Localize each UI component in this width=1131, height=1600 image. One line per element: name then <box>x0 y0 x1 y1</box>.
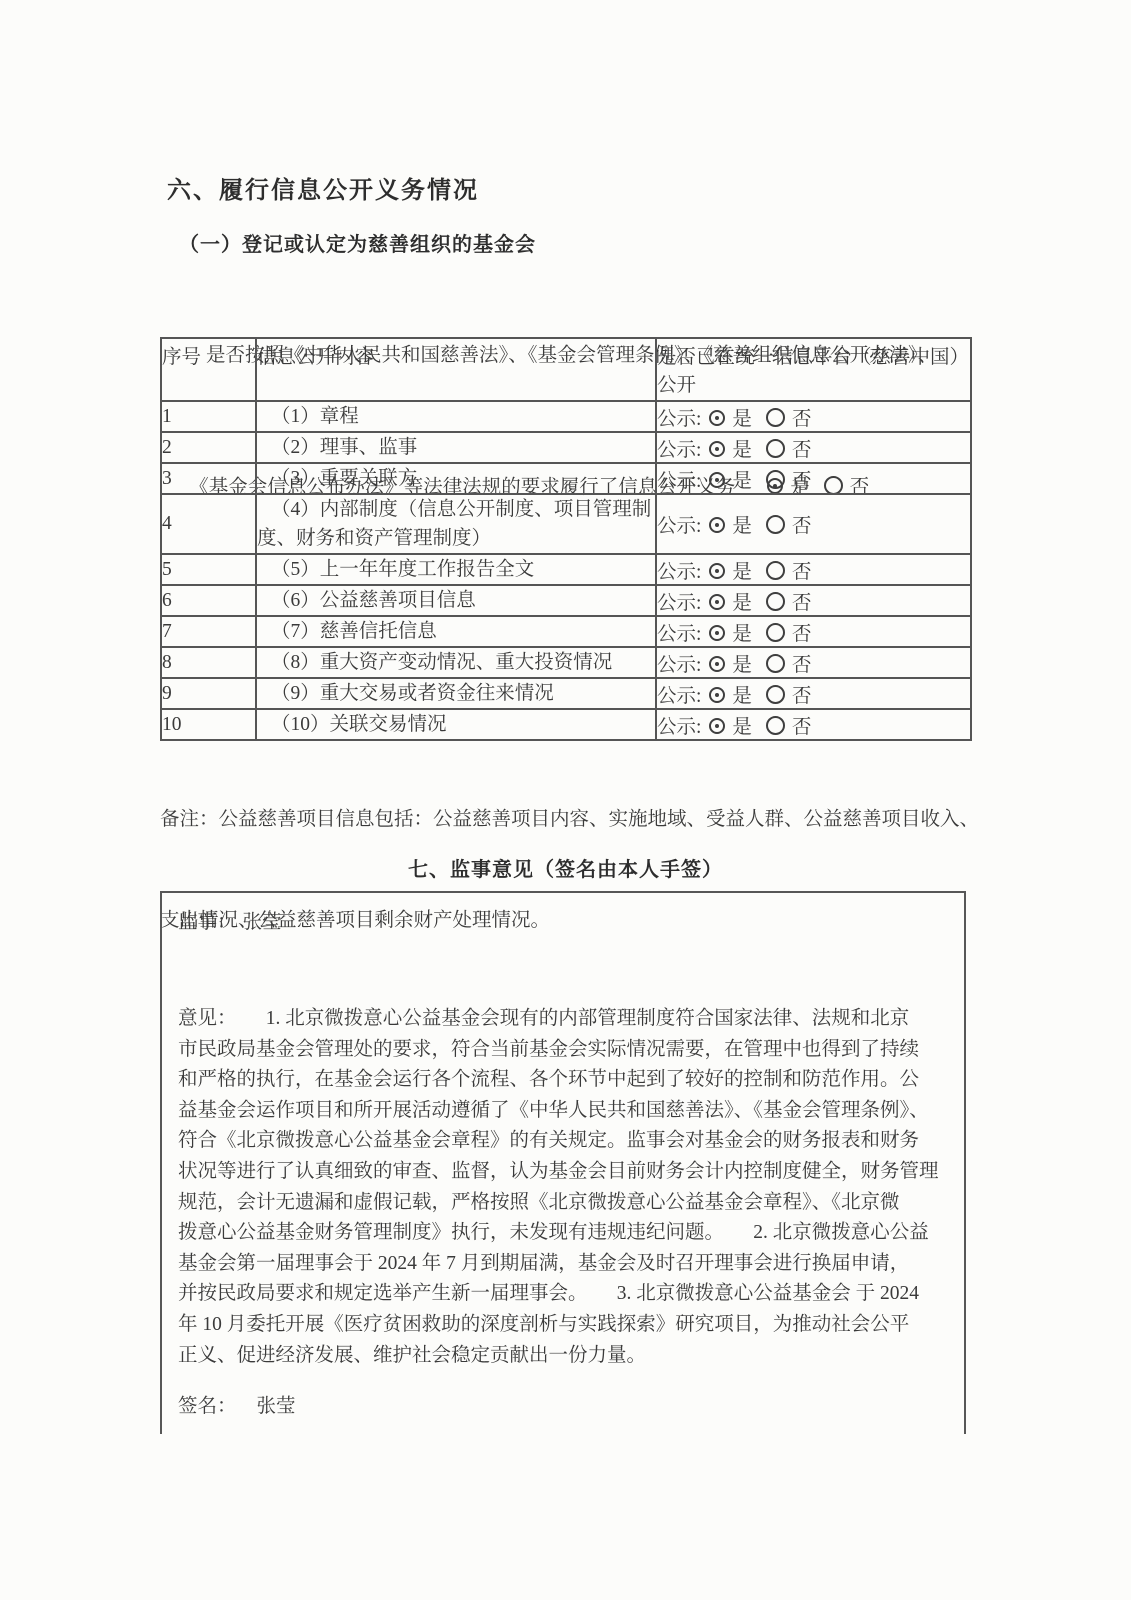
answer-yes-label: 是 <box>732 717 752 738</box>
radio-selected-icon <box>709 718 725 734</box>
radio-selected-icon <box>709 410 725 426</box>
disclosure-table: 序号 信息公开内容 是否已在统一信息平台（慈善中国）公开 1（1）章程公示:是否… <box>160 337 972 741</box>
answer-prefix: 公示: <box>657 686 701 707</box>
answer-prefix: 公示: <box>657 655 701 676</box>
answer-yes-label: 是 <box>732 562 752 583</box>
radio-selected-icon <box>709 563 725 579</box>
radio-selected-icon <box>709 594 725 610</box>
signature-line: 签名：张莹 <box>178 1390 296 1418</box>
answer-no-label: 否 <box>792 655 812 676</box>
radio-empty-icon <box>766 685 785 704</box>
opinion-line: 和严格的执行，在基金会运行各个流程、各个环节中起到了较好的控制和防范作用。公 <box>178 1065 954 1096</box>
row-number-cell: 3 <box>161 463 256 494</box>
row-content-cell: （3）重要关联方 <box>256 463 656 494</box>
answer-yes-label: 是 <box>732 686 752 707</box>
row-answer-cell: 公示:是否 <box>656 463 971 494</box>
opinion-line: 年 10 月委托开展《医疗贫困救助的深度剖析与实践探索》研究项目，为推动社会公平 <box>178 1310 954 1341</box>
radio-empty-icon <box>766 592 785 611</box>
row-number-cell: 4 <box>161 494 256 554</box>
answer-prefix: 公示: <box>657 562 701 583</box>
row-number-cell: 9 <box>161 678 256 709</box>
radio-empty-icon <box>766 716 785 735</box>
answer-yes-label: 是 <box>732 593 752 614</box>
radio-empty-icon <box>766 654 785 673</box>
table-row: 8（8）重大资产变动情况、重大投资情况公示:是否 <box>161 647 971 678</box>
answer-no-label: 否 <box>792 409 812 430</box>
row-answer-cell: 公示:是否 <box>656 585 971 616</box>
opinion-line: 益基金会运作项目和所开展活动遵循了《中华人民共和国慈善法》、《基金会管理条例》、 <box>178 1096 954 1127</box>
disclosure-table-body: 1（1）章程公示:是否2（2）理事、监事公示:是否3（3）重要关联方公示:是否4… <box>161 401 971 740</box>
radio-empty-icon <box>766 515 785 534</box>
answer-no-label: 否 <box>792 686 812 707</box>
footnote-line-1: 备注：公益慈善项目信息包括：公益慈善项目内容、实施地域、受益人群、公益慈善项目收… <box>160 803 1005 837</box>
radio-selected-icon <box>709 517 725 533</box>
header-content: 信息公开内容 <box>256 338 656 401</box>
radio-empty-icon <box>766 470 785 489</box>
radio-selected-icon <box>709 472 725 488</box>
supervisor-line: 监事：张莹 <box>178 906 964 934</box>
answer-yes-label: 是 <box>732 655 752 676</box>
answer-prefix: 公示: <box>657 440 701 461</box>
opinion-paragraph: 意见： 1. 北京微拨意心公益基金会现有的内部管理制度符合国家法律、法规和北京市… <box>178 1004 954 1371</box>
table-row: 5（5）上一年年度工作报告全文公示:是否 <box>161 554 971 585</box>
opinion-line: 并按民政局要求和规定选举产生新一届理事会。 3. 北京微拨意心公益基金会 于 2… <box>178 1279 954 1310</box>
opinion-line: 意见： 1. 北京微拨意心公益基金会现有的内部管理制度符合国家法律、法规和北京 <box>178 1004 954 1035</box>
radio-selected-icon <box>709 625 725 641</box>
answer-yes-label: 是 <box>732 471 752 492</box>
radio-empty-icon <box>766 439 785 458</box>
row-number-cell: 8 <box>161 647 256 678</box>
answer-yes-label: 是 <box>732 440 752 461</box>
opinion-line: 规范，会计无遗漏和虚假记载，严格按照《北京微拨意心公益基金会章程》、《北京微 <box>178 1188 954 1219</box>
row-number-cell: 2 <box>161 432 256 463</box>
table-row: 6（6）公益慈善项目信息公示:是否 <box>161 585 971 616</box>
answer-no-label: 否 <box>792 624 812 645</box>
opinion-line: 正义、促进经济发展、维护社会稳定贡献出一份力量。 <box>178 1341 954 1372</box>
section-7-heading: 七、监事意见（签名由本人手签） <box>0 853 1131 882</box>
row-content-cell: （2）理事、监事 <box>256 432 656 463</box>
signature-label: 签名： <box>178 1396 237 1417</box>
opinion-line: 状况等进行了认真细致的审查、监督，认为基金会目前财务会计内控制度健全，财务管理 <box>178 1157 954 1188</box>
row-content-cell: （4）内部制度（信息公开制度、项目管理制度、财务和资产管理制度） <box>256 494 656 554</box>
answer-prefix: 公示: <box>657 593 701 614</box>
radio-empty-icon <box>766 408 785 427</box>
row-answer-cell: 公示:是否 <box>656 616 971 647</box>
section-6-heading: 六、履行信息公开义务情况 <box>167 170 479 205</box>
row-content-cell: （1）章程 <box>256 401 656 432</box>
opinion-line: 符合《北京微拨意心公益基金会章程》的有关规定。监事会对基金会的财务报表和财务 <box>178 1126 954 1157</box>
opinion-line: 市民政局基金会管理处的要求，符合当前基金会实际情况需要，在管理中也得到了持续 <box>178 1035 954 1066</box>
row-answer-cell: 公示:是否 <box>656 494 971 554</box>
signature-name: 张莹 <box>257 1396 296 1417</box>
row-content-cell: （8）重大资产变动情况、重大投资情况 <box>256 647 656 678</box>
section-6-subheading: （一）登记或认定为慈善组织的基金会 <box>179 228 536 257</box>
answer-prefix: 公示: <box>657 409 701 430</box>
row-content-cell: （5）上一年年度工作报告全文 <box>256 554 656 585</box>
row-answer-cell: 公示:是否 <box>656 554 971 585</box>
row-answer-cell: 公示:是否 <box>656 432 971 463</box>
row-content-cell: （9）重大交易或者资金往来情况 <box>256 678 656 709</box>
radio-empty-icon <box>766 561 785 580</box>
opinion-line: 基金会第一届理事会于 2024 年 7 月到期届满，基金会及时召开理事会进行换届… <box>178 1249 954 1280</box>
opinion-line: 拨意心公益基金财务管理制度》执行，未发现有违规违纪问题。 2. 北京微拨意心公益 <box>178 1218 954 1249</box>
scanned-document-page: 六、履行信息公开义务情况 （一）登记或认定为慈善组织的基金会 是否按照《中华人民… <box>0 0 1131 1600</box>
radio-selected-icon <box>709 656 725 672</box>
answer-no-label: 否 <box>792 717 812 738</box>
answer-yes-label: 是 <box>732 624 752 645</box>
answer-yes-label: 是 <box>732 409 752 430</box>
answer-no-label: 否 <box>792 516 812 537</box>
radio-selected-icon <box>709 441 725 457</box>
answer-no-label: 否 <box>792 562 812 583</box>
answer-no-label: 否 <box>792 440 812 461</box>
answer-prefix: 公示: <box>657 624 701 645</box>
answer-no-label: 否 <box>792 593 812 614</box>
supervisor-label: 监事： <box>178 912 237 933</box>
table-row: 1（1）章程公示:是否 <box>161 401 971 432</box>
supervisor-name: 张莹 <box>243 912 282 933</box>
header-platform-disclosure: 是否已在统一信息平台（慈善中国）公开 <box>656 338 971 401</box>
radio-selected-icon <box>709 687 725 703</box>
row-number-cell: 5 <box>161 554 256 585</box>
row-number-cell: 6 <box>161 585 256 616</box>
table-row: 3（3）重要关联方公示:是否 <box>161 463 971 494</box>
row-content-cell: （6）公益慈善项目信息 <box>256 585 656 616</box>
table-header-row: 序号 信息公开内容 是否已在统一信息平台（慈善中国）公开 <box>161 338 971 401</box>
row-content-cell: （7）慈善信托信息 <box>256 616 656 647</box>
table-row: 2（2）理事、监事公示:是否 <box>161 432 971 463</box>
answer-yes-label: 是 <box>732 516 752 537</box>
radio-empty-icon <box>766 623 785 642</box>
table-row: 9（9）重大交易或者资金往来情况公示:是否 <box>161 678 971 709</box>
row-answer-cell: 公示:是否 <box>656 401 971 432</box>
row-answer-cell: 公示:是否 <box>656 647 971 678</box>
supervisor-opinion-box: 监事：张莹 意见： 1. 北京微拨意心公益基金会现有的内部管理制度符合国家法律、… <box>160 891 966 1434</box>
row-number-cell: 1 <box>161 401 256 432</box>
table-row: 7（7）慈善信托信息公示:是否 <box>161 616 971 647</box>
answer-prefix: 公示: <box>657 471 701 492</box>
table-row: 4（4）内部制度（信息公开制度、项目管理制度、财务和资产管理制度）公示:是否 <box>161 494 971 554</box>
row-number-cell: 7 <box>161 616 256 647</box>
answer-prefix: 公示: <box>657 717 701 738</box>
row-answer-cell: 公示:是否 <box>656 678 971 709</box>
answer-no-label: 否 <box>792 471 812 492</box>
answer-prefix: 公示: <box>657 516 701 537</box>
header-row-number: 序号 <box>161 338 256 401</box>
